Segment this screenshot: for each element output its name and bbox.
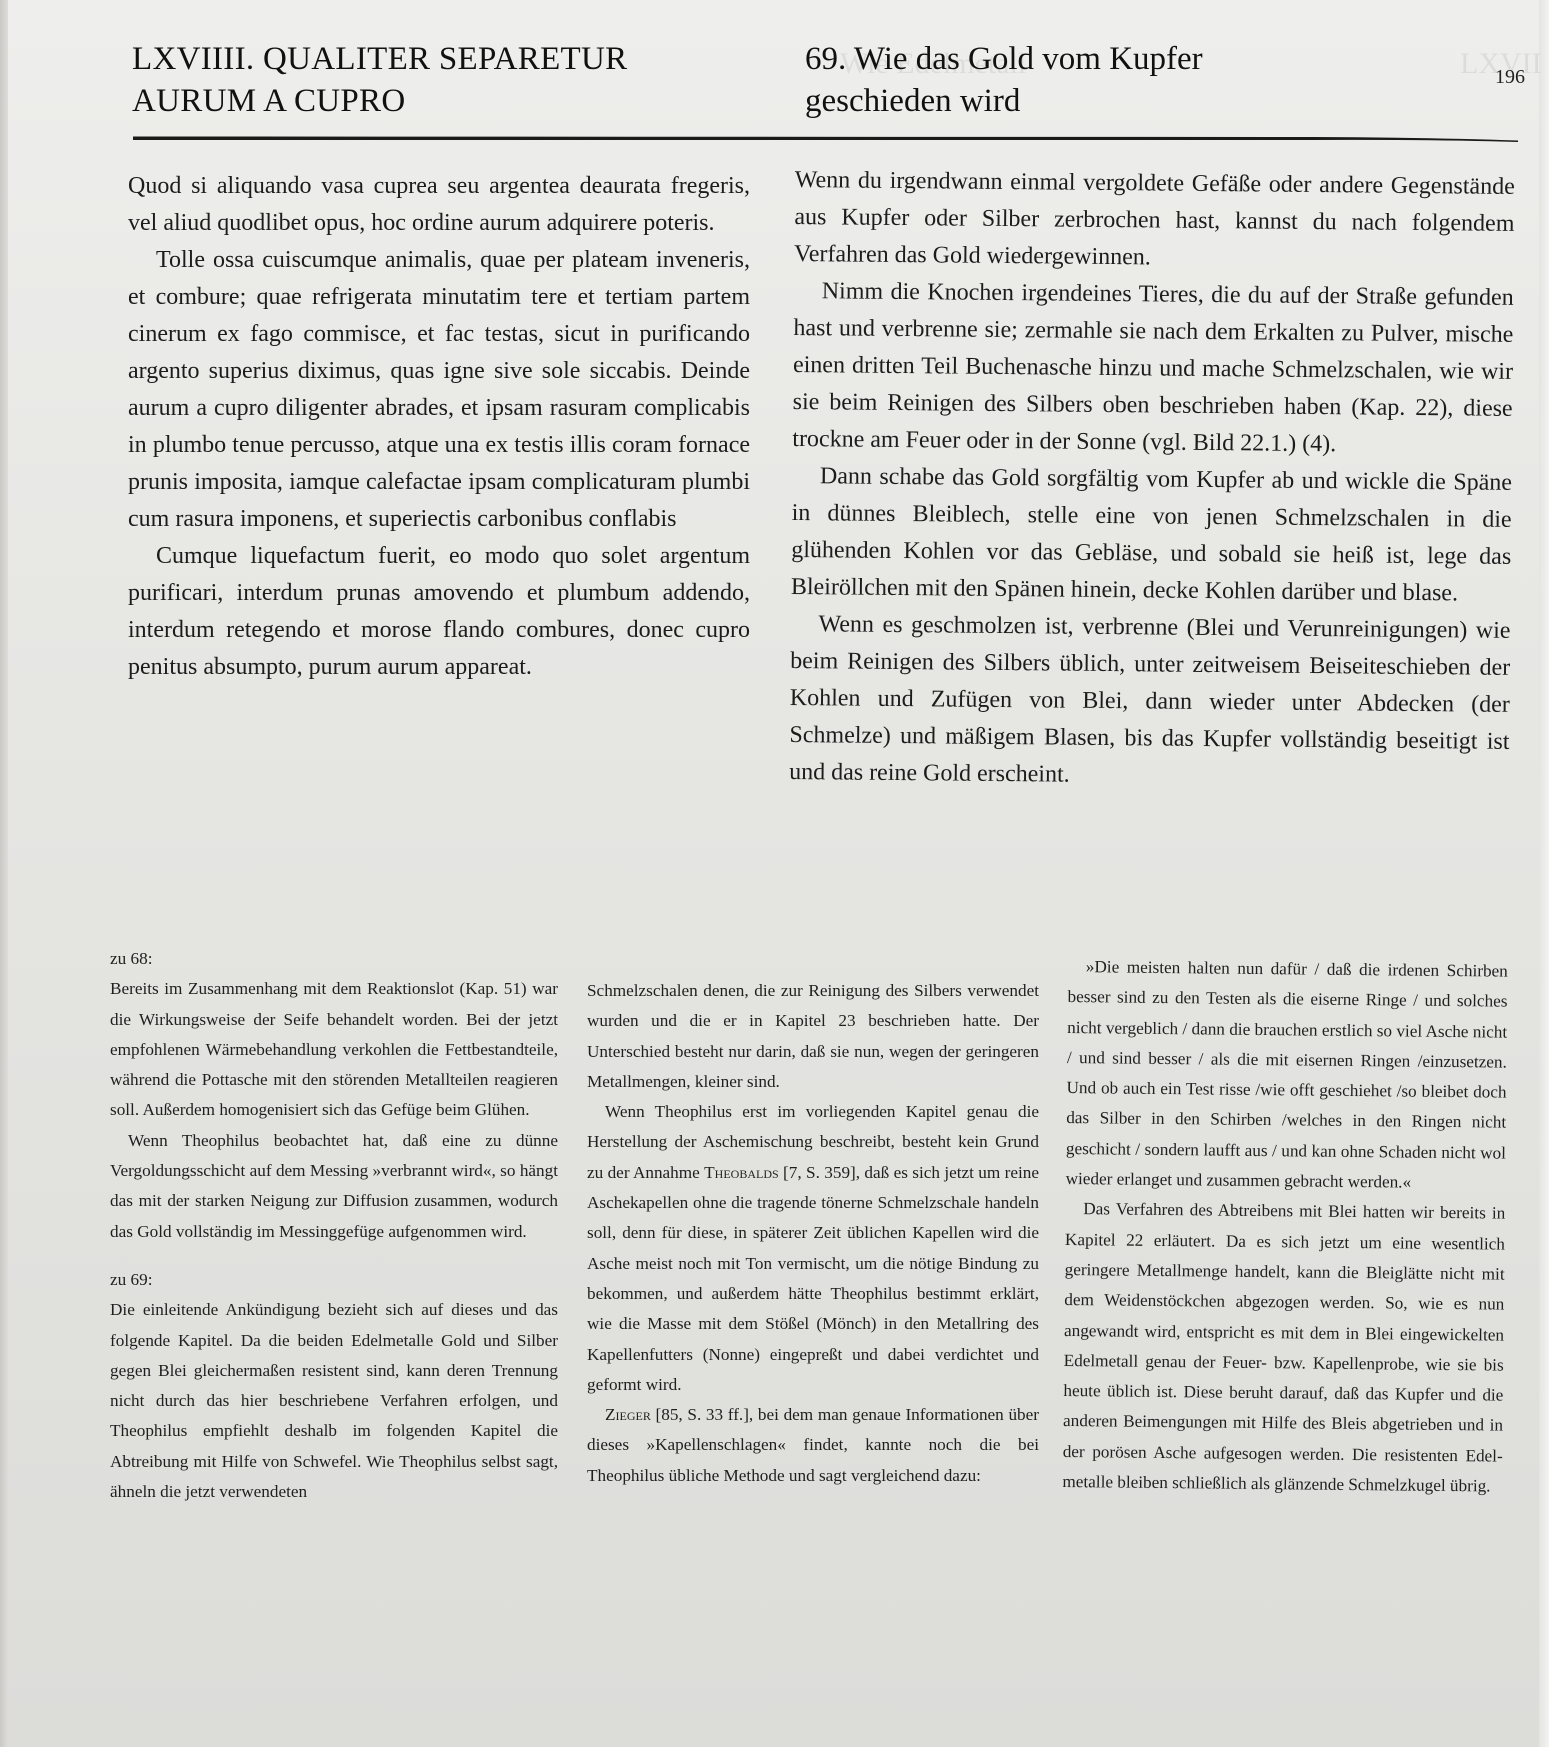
commentary-column-middle: Schmelzschalen denen, die zur Reinigung … — [587, 976, 1039, 1491]
note-text: [85, S. 33 ff.], bei dem man genaue In­f… — [587, 1405, 1039, 1485]
note-paragraph: Die einleitende Ankündigung bezieht sich… — [110, 1295, 558, 1507]
page-number: 196 — [1495, 66, 1525, 89]
german-text-column: Wenn du irgendwann einmal vergoldete Gef… — [789, 162, 1515, 798]
block-quote: »Die meisten halten nun dafür / daß die … — [1065, 952, 1508, 1199]
latin-paragraph: Quod si aliquando vasa cuprea seu argent… — [128, 168, 750, 242]
header-rule — [133, 134, 1518, 142]
latin-title-line: AURUM A CUPRO — [132, 80, 792, 122]
note-paragraph: Zieger [85, S. 33 ff.], bei dem man gena… — [587, 1400, 1039, 1491]
german-title-line: geschieden wird — [805, 80, 1365, 122]
german-title-line: 69. Wie das Gold vom Kupfer — [805, 38, 1365, 80]
note-text: [7, S. 359], daß es sich jetzt um reine … — [587, 1163, 1039, 1394]
latin-title-line: LXVIIII. QUALITER SEPARETUR — [132, 38, 792, 80]
german-chapter-title: 69. Wie das Gold vom Kupfer geschieden w… — [805, 38, 1365, 122]
latin-text-column: Quod si aliquando vasa cuprea seu argent… — [128, 168, 750, 686]
note-heading: zu 69: — [110, 1265, 558, 1295]
latin-paragraph: Cumque liquefactum fuerit, eo modo quo s… — [128, 538, 750, 686]
author-name: Zieger — [605, 1405, 651, 1424]
german-paragraph: Wenn es geschmolzen ist, verbrenne (Blei… — [789, 606, 1511, 798]
commentary-column-left: zu 68: Bereits im Zusammenhang mit dem R… — [110, 944, 558, 1507]
commentary-column-right: »Die meisten halten nun dafür / daß die … — [1062, 952, 1508, 1502]
author-name: Theobalds — [704, 1163, 779, 1182]
note-paragraph: Wenn Theophilus erst im vorliegenden Kap… — [587, 1097, 1039, 1400]
note-paragraph: Schmelzschalen denen, die zur Reinigung … — [587, 976, 1039, 1097]
german-paragraph: Wenn du irgendwann einmal vergoldete Gef… — [794, 162, 1515, 280]
page-edge-left — [0, 0, 8, 1747]
note-heading: zu 68: — [110, 944, 558, 974]
latin-paragraph: Tolle ossa cuiscumque animalis, quae per… — [128, 242, 750, 538]
german-paragraph: Dann schabe das Gold sorgfältig vom Kupf… — [791, 458, 1512, 613]
note-paragraph: Das Verfahren des Abtreibens mit Blei ha… — [1062, 1194, 1505, 1502]
page-header: LXVIIII. QUALITER SEPARETUR AURUM A CUPR… — [132, 38, 1522, 138]
page-edge-right — [1539, 0, 1549, 1747]
german-paragraph: Nimm die Knochen irgendeines Tieres, die… — [792, 273, 1514, 465]
note-paragraph: Bereits im Zusammenhang mit dem Reaktion… — [110, 974, 558, 1125]
note-paragraph: Wenn Theophilus beobachtet hat, daß eine… — [110, 1126, 558, 1247]
latin-chapter-title: LXVIIII. QUALITER SEPARETUR AURUM A CUPR… — [132, 38, 792, 122]
